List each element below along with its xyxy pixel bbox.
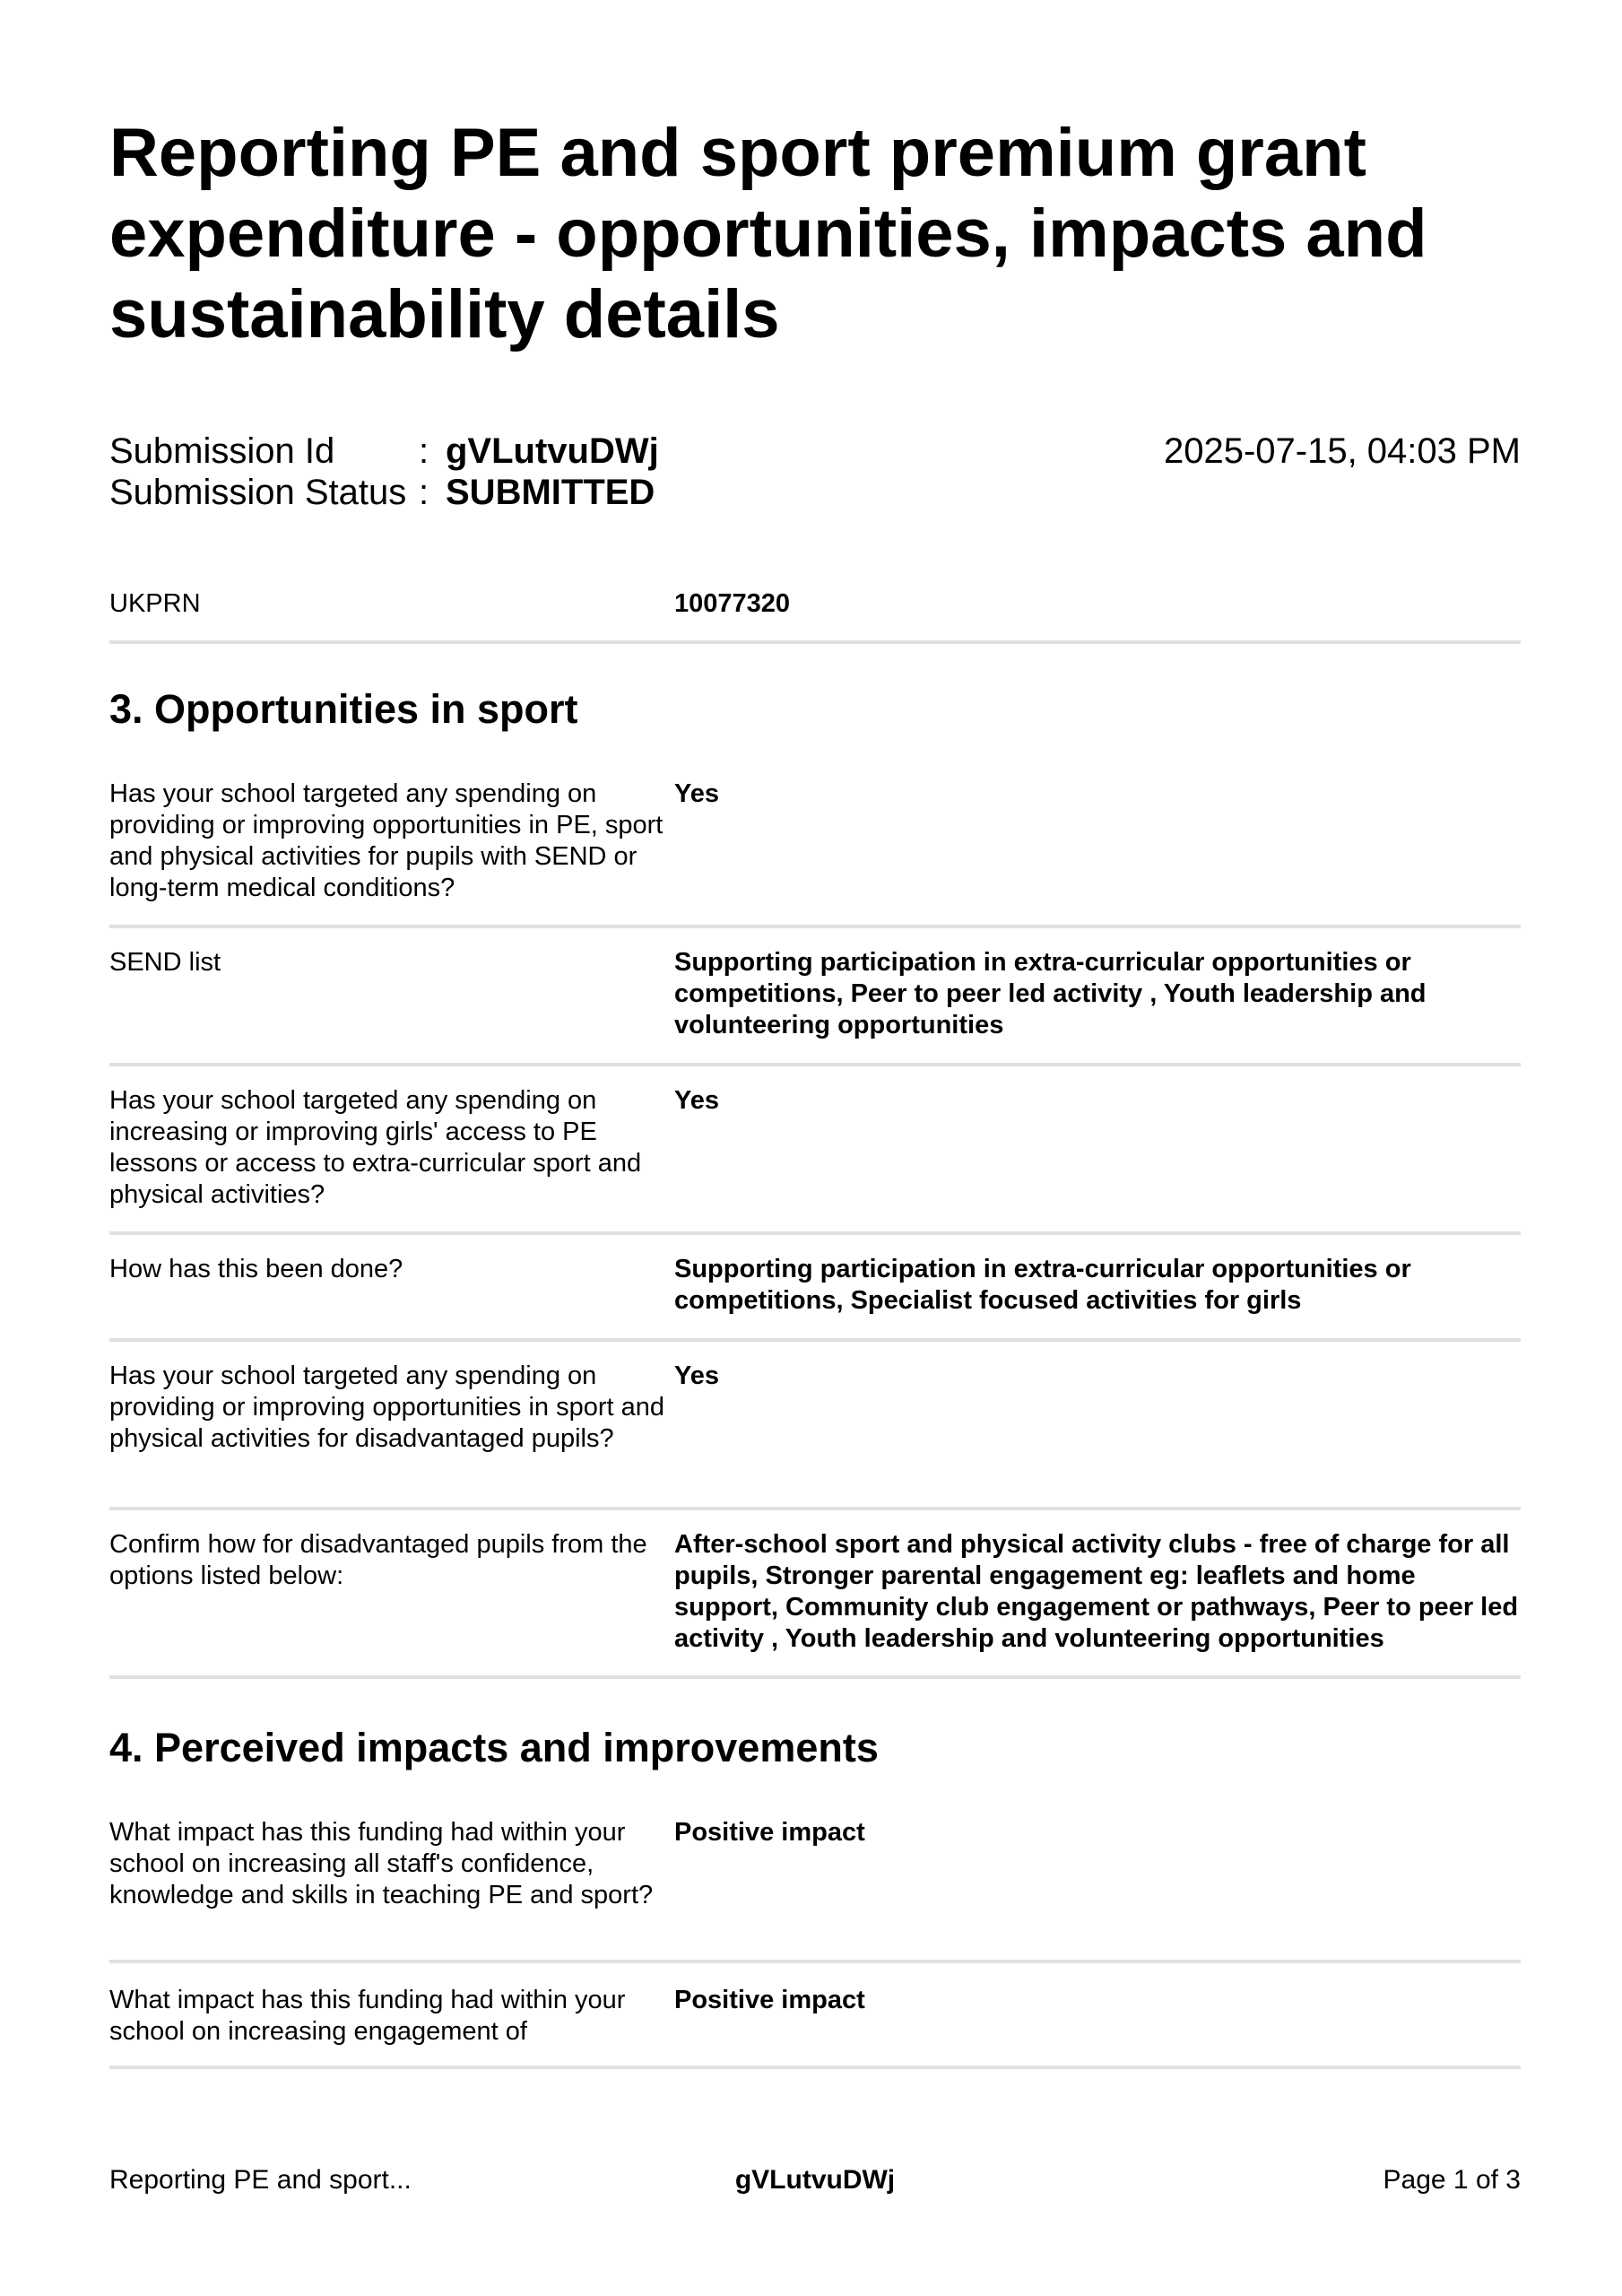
field-value: Supporting participation in extra-curric… [674, 947, 1521, 1041]
divider [109, 1231, 1521, 1235]
section-title-impacts: 4. Perceived impacts and improvements [109, 1724, 879, 1772]
field-label: Confirm how for disadvantaged pupils fro… [109, 1529, 674, 1655]
submission-datetime: 2025-07-15, 04:03 PM [1164, 430, 1521, 472]
separator: : [419, 430, 446, 472]
field-value: Supporting participation in extra-curric… [674, 1254, 1521, 1317]
ukprn-value: 10077320 [674, 588, 1521, 620]
field-value: After-school sport and physical activity… [674, 1529, 1521, 1655]
field-value: Yes [674, 778, 1521, 904]
divider [109, 1675, 1521, 1679]
field-value: Positive impact [674, 1817, 1521, 1911]
field-value: Yes [674, 1085, 1521, 1211]
field-row: What impact has this funding had within … [109, 1817, 1521, 1911]
section-title-opportunities: 3. Opportunities in sport [109, 685, 578, 734]
field-value: Yes [674, 1361, 1521, 1455]
ukprn-row: UKPRN 10077320 [109, 588, 1521, 620]
divider [109, 1507, 1521, 1510]
field-label: Has your school targeted any spending on… [109, 1085, 674, 1211]
field-row: Has your school targeted any spending on… [109, 778, 1521, 904]
field-label: SEND list [109, 947, 674, 1041]
field-row: Has your school targeted any spending on… [109, 1361, 1521, 1455]
submission-status-label: Submission Status [109, 472, 419, 513]
field-row: How has this been done? Supporting parti… [109, 1254, 1521, 1317]
field-label: Has your school targeted any spending on… [109, 1361, 674, 1455]
field-row: Has your school targeted any spending on… [109, 1085, 1521, 1211]
divider [109, 640, 1521, 644]
divider [109, 1063, 1521, 1066]
submission-status-value: SUBMITTED [446, 472, 655, 513]
page-title: Reporting PE and sport premium grant exp… [109, 113, 1521, 355]
submission-id-label: Submission Id [109, 430, 419, 472]
submission-status-row: Submission Status : SUBMITTED [109, 472, 1521, 513]
field-label: How has this been done? [109, 1254, 674, 1317]
divider [109, 1338, 1521, 1342]
divider [109, 1960, 1521, 1963]
field-row: Confirm how for disadvantaged pupils fro… [109, 1529, 1521, 1655]
divider [109, 2066, 1521, 2069]
divider [109, 925, 1521, 928]
field-row: What impact has this funding had within … [109, 1985, 1521, 2048]
submission-meta: Submission Id : gVLutvuDWj Submission St… [109, 430, 1521, 513]
separator: : [419, 472, 446, 513]
footer-page-number: Page 1 of 3 [1383, 2164, 1521, 2196]
field-label: Has your school targeted any spending on… [109, 778, 674, 904]
field-value: Positive impact [674, 1985, 1521, 2048]
submission-id-value: gVLutvuDWj [446, 430, 659, 472]
field-label: What impact has this funding had within … [109, 1817, 674, 1911]
ukprn-label: UKPRN [109, 588, 674, 620]
footer-submission-id: gVLutvuDWj [109, 2164, 1521, 2196]
field-row: SEND list Supporting participation in ex… [109, 947, 1521, 1041]
field-label: What impact has this funding had within … [109, 1985, 674, 2048]
